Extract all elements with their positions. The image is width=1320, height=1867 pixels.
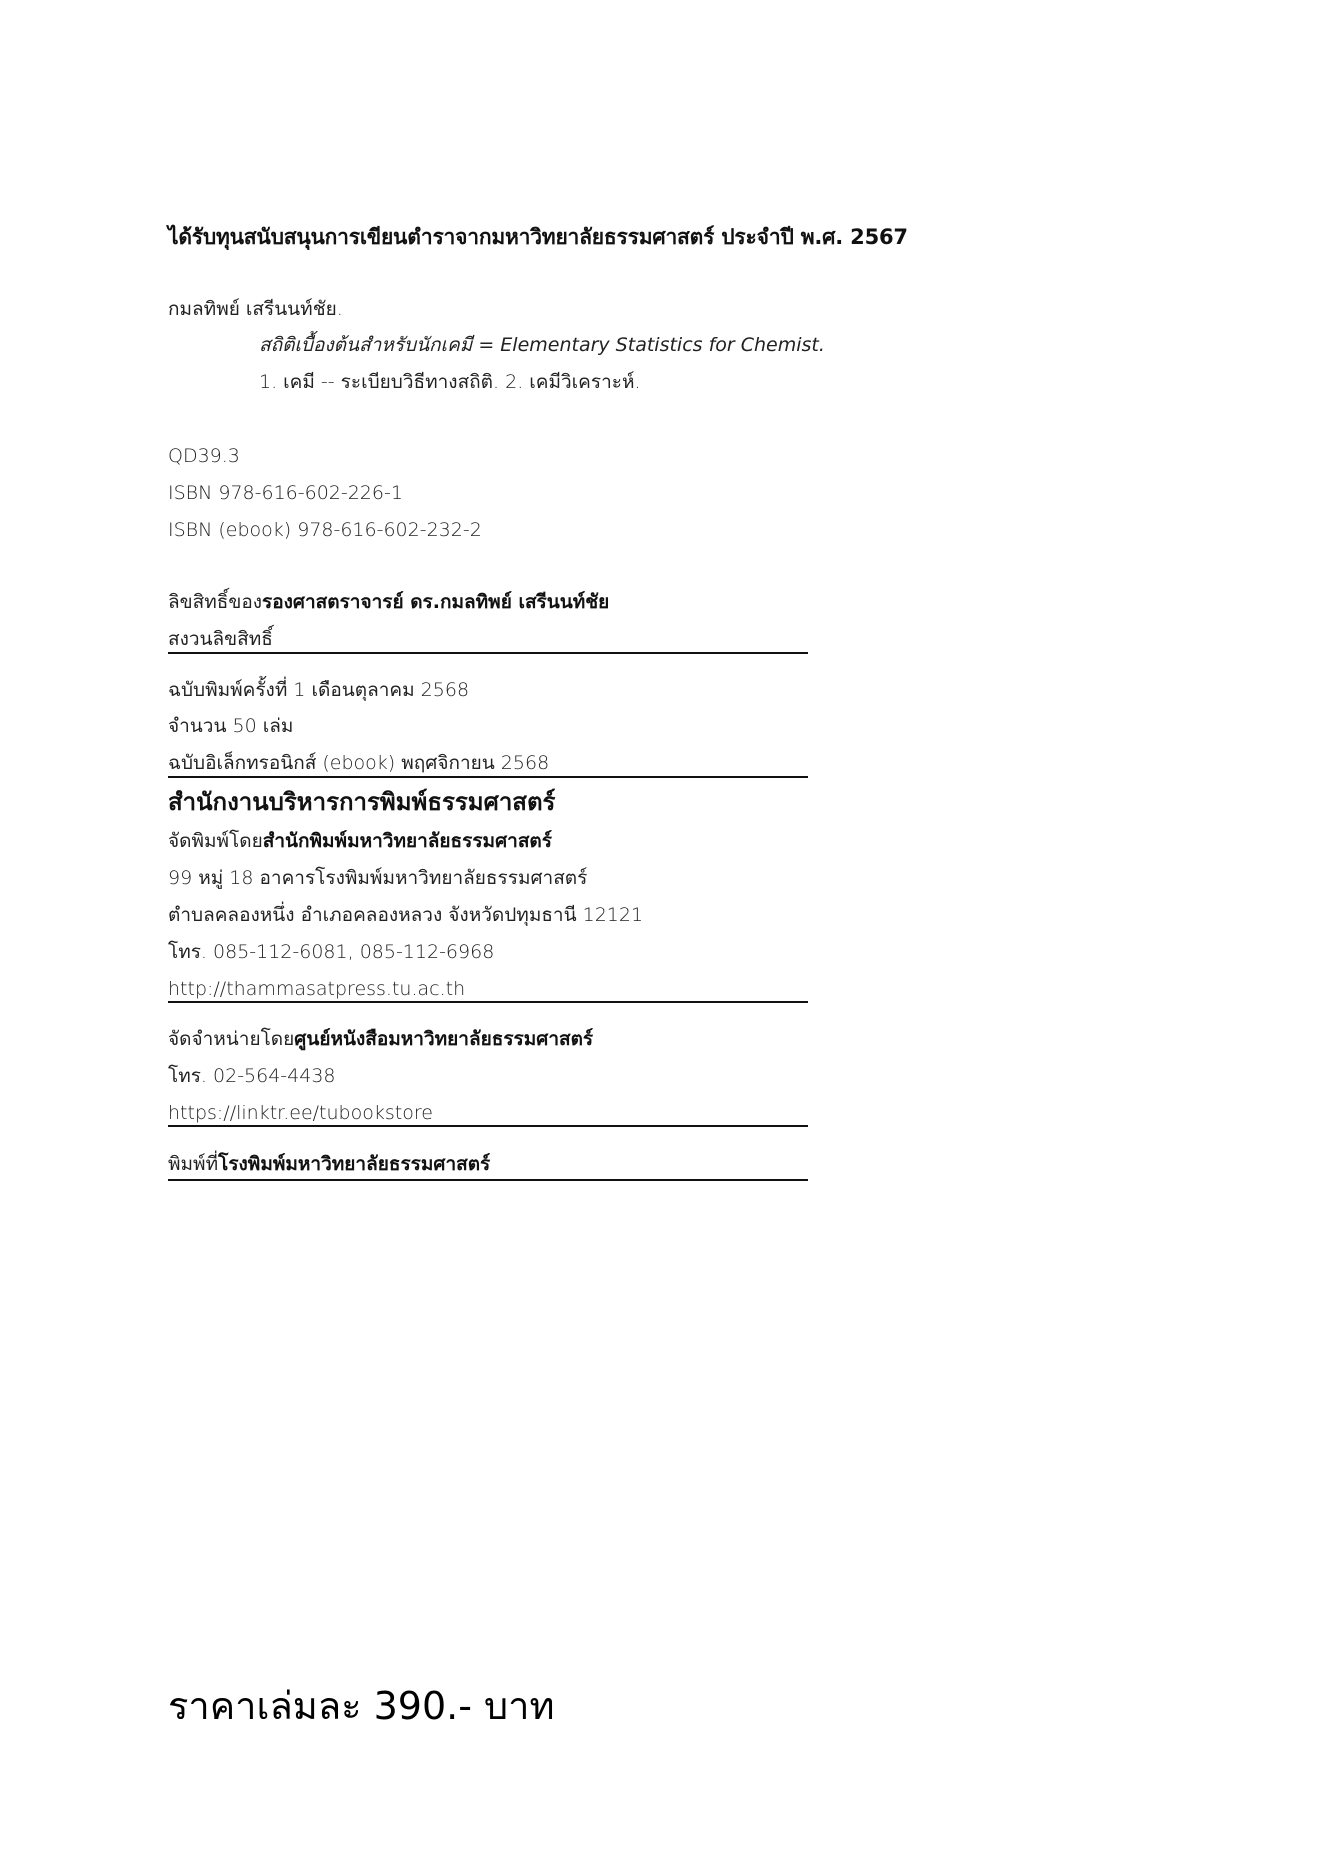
- publisher-office: สำนักงานบริหารการพิมพ์ธรรมศาสตร์: [168, 787, 555, 817]
- divider: [168, 1179, 808, 1181]
- divider: [168, 1001, 808, 1003]
- printed-by-prefix: จัดพิมพ์โดย: [168, 830, 263, 852]
- price: ราคาเล่มละ 390.- บาท: [168, 1683, 555, 1729]
- printer-prefix: พิมพ์ที่: [168, 1153, 218, 1175]
- publisher-address-line2: ตำบลคลองหนึ่ง อำเภอคลองหลวง จังหวัดปทุมธ…: [168, 903, 643, 927]
- catalog-author: กมลทิพย์ เสรีนนท์ชัย.: [168, 297, 343, 321]
- publisher-url: http://thammasatpress.tu.ac.th: [168, 977, 465, 1001]
- edition-copies: จำนวน 50 เล่ม: [168, 714, 293, 738]
- copyright-holder: รองศาสตราจารย์ ดร.กมลทิพย์ เสรีนนท์ชัย: [262, 591, 609, 613]
- catalog-subjects: 1. เคมี -- ระเบียบวิธีทางสถิติ. 2. เคมีว…: [259, 370, 641, 394]
- printer-name: โรงพิมพ์มหาวิทยาลัยธรรมศาสตร์: [218, 1153, 490, 1175]
- rights-reserved: สงวนลิขสิทธิ์: [168, 627, 273, 651]
- divider: [168, 1125, 808, 1127]
- printer-line: พิมพ์ที่โรงพิมพ์มหาวิทยาลัยธรรมศาสตร์: [168, 1152, 490, 1176]
- edition-first-print: ฉบับพิมพ์ครั้งที่ 1 เดือนตุลาคม 2568: [168, 678, 469, 702]
- distributor-line: จัดจำหน่ายโดยศูนย์หนังสือมหาวิทยาลัยธรรม…: [168, 1027, 593, 1051]
- grant-statement: ได้รับทุนสนับสนุนการเขียนตำราจากมหาวิทยา…: [168, 221, 908, 254]
- publisher-tel: โทร. 085-112-6081, 085-112-6968: [168, 940, 494, 964]
- divider: [168, 652, 808, 654]
- distributor-tel: โทร. 02-564-4438: [168, 1064, 336, 1088]
- edition-ebook: ฉบับอิเล็กทรอนิกส์ (ebook) พฤศจิกายน 256…: [168, 751, 549, 775]
- printed-by-name: สำนักพิมพ์มหาวิทยาลัยธรรมศาสตร์: [263, 830, 552, 852]
- call-number: QD39.3: [168, 444, 240, 468]
- copyright-prefix: ลิขสิทธิ์ของ: [168, 591, 262, 613]
- isbn: ISBN 978-616-602-226-1: [168, 481, 403, 505]
- printed-by-line: จัดพิมพ์โดยสำนักพิมพ์มหาวิทยาลัยธรรมศาสต…: [168, 829, 552, 853]
- isbn-ebook: ISBN (ebook) 978-616-602-232-2: [168, 518, 482, 542]
- publisher-address-line1: 99 หมู่ 18 อาคารโรงพิมพ์มหาวิทยาลัยธรรมศ…: [168, 866, 587, 890]
- distributor-prefix: จัดจำหน่ายโดย: [168, 1028, 294, 1050]
- distributor-url: https://linktr.ee/tubookstore: [168, 1101, 433, 1125]
- copyright-line: ลิขสิทธิ์ของรองศาสตราจารย์ ดร.กมลทิพย์ เ…: [168, 590, 609, 614]
- distributor-name: ศูนย์หนังสือมหาวิทยาลัยธรรมศาสตร์: [294, 1028, 593, 1050]
- catalog-title: สถิติเบื้องต้นสำหรับนักเคมี = Elementary…: [259, 333, 825, 357]
- divider: [168, 776, 808, 778]
